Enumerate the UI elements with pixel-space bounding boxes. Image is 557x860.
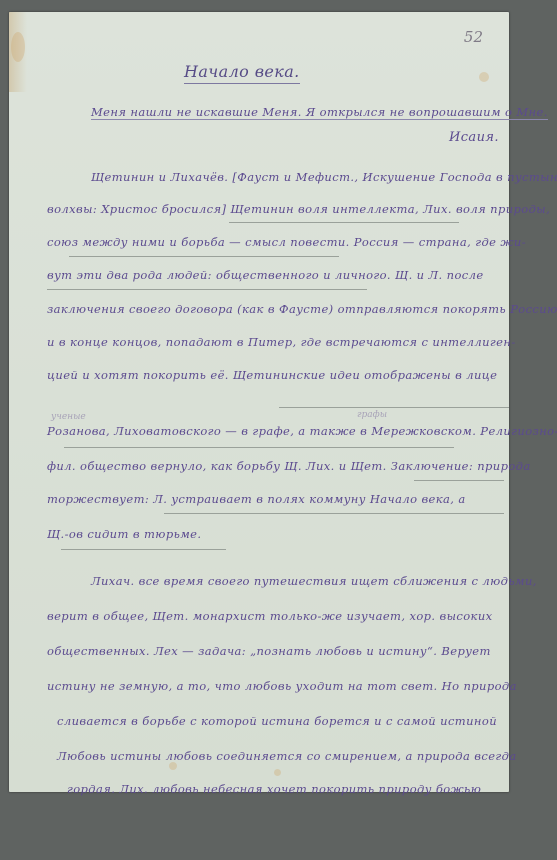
text-line: цией и хотят покорить её. Щетининские ид… [47, 368, 497, 382]
text-line: Розанова, Лиховатовского — в графе, а та… [47, 424, 557, 438]
text-line: верит в общее, Щет. монархист только-же … [47, 609, 493, 623]
text-line: и в конце концов, попадают в Питер, где … [47, 335, 516, 349]
epigraph-author: Исаия. [449, 130, 499, 145]
text-line: общественных. Лех — задача: „познать люб… [47, 644, 491, 658]
manuscript-page: 52 Начало века. Меня нашли не искавшие М… [9, 12, 509, 792]
pencil-underline [279, 407, 509, 408]
paper-stain [169, 762, 177, 770]
pencil-underline [414, 480, 504, 481]
paper-stain [274, 769, 281, 776]
text-line: заключения своего договора (как в Фаусте… [47, 302, 557, 316]
margin-note: ученые [51, 412, 86, 422]
text-line: волхвы: Христос бросился] Щетинин воля и… [47, 202, 550, 216]
text-line: торжествует: Л. устраивает в полях комму… [47, 492, 466, 506]
text-line: гордая. Лих. любовь небесная хочет покор… [67, 782, 481, 796]
text-line: вут эти два рода людей: общественного и … [47, 268, 484, 282]
text-line: Лихач. все время своего путешествия ищет… [91, 574, 537, 588]
pencil-underline [61, 549, 226, 550]
text-line: Щетинин и Лихачёв. [Фауст и Мефист., Иск… [91, 170, 557, 184]
pencil-underline [229, 222, 459, 223]
text-line: истину не земную, а то, что любовь уходи… [47, 679, 517, 693]
paper-stain [11, 32, 25, 62]
text-line: сливается в борьбе с которой истина боре… [57, 714, 497, 728]
paper-stain [479, 72, 489, 82]
pencil-underline [164, 513, 504, 514]
text-line: фил. общество вернуло, как борьбу Щ. Лих… [47, 459, 531, 473]
text-line: Щ.-ов сидит в тюрьме. [47, 527, 201, 541]
epigraph: Меня нашли не искавшие Меня. Я открылся … [91, 105, 548, 120]
page-number: 52 [464, 28, 483, 46]
pencil-underline [69, 256, 339, 257]
text-line: союз между ними и борьба — смысл повести… [47, 235, 526, 249]
pencil-underline [64, 447, 454, 448]
document-title: Начало века. [184, 62, 300, 84]
text-line: Любовь истины любовь соединяется со смир… [57, 749, 517, 763]
margin-note: графы [357, 410, 387, 420]
pencil-underline [47, 289, 367, 290]
